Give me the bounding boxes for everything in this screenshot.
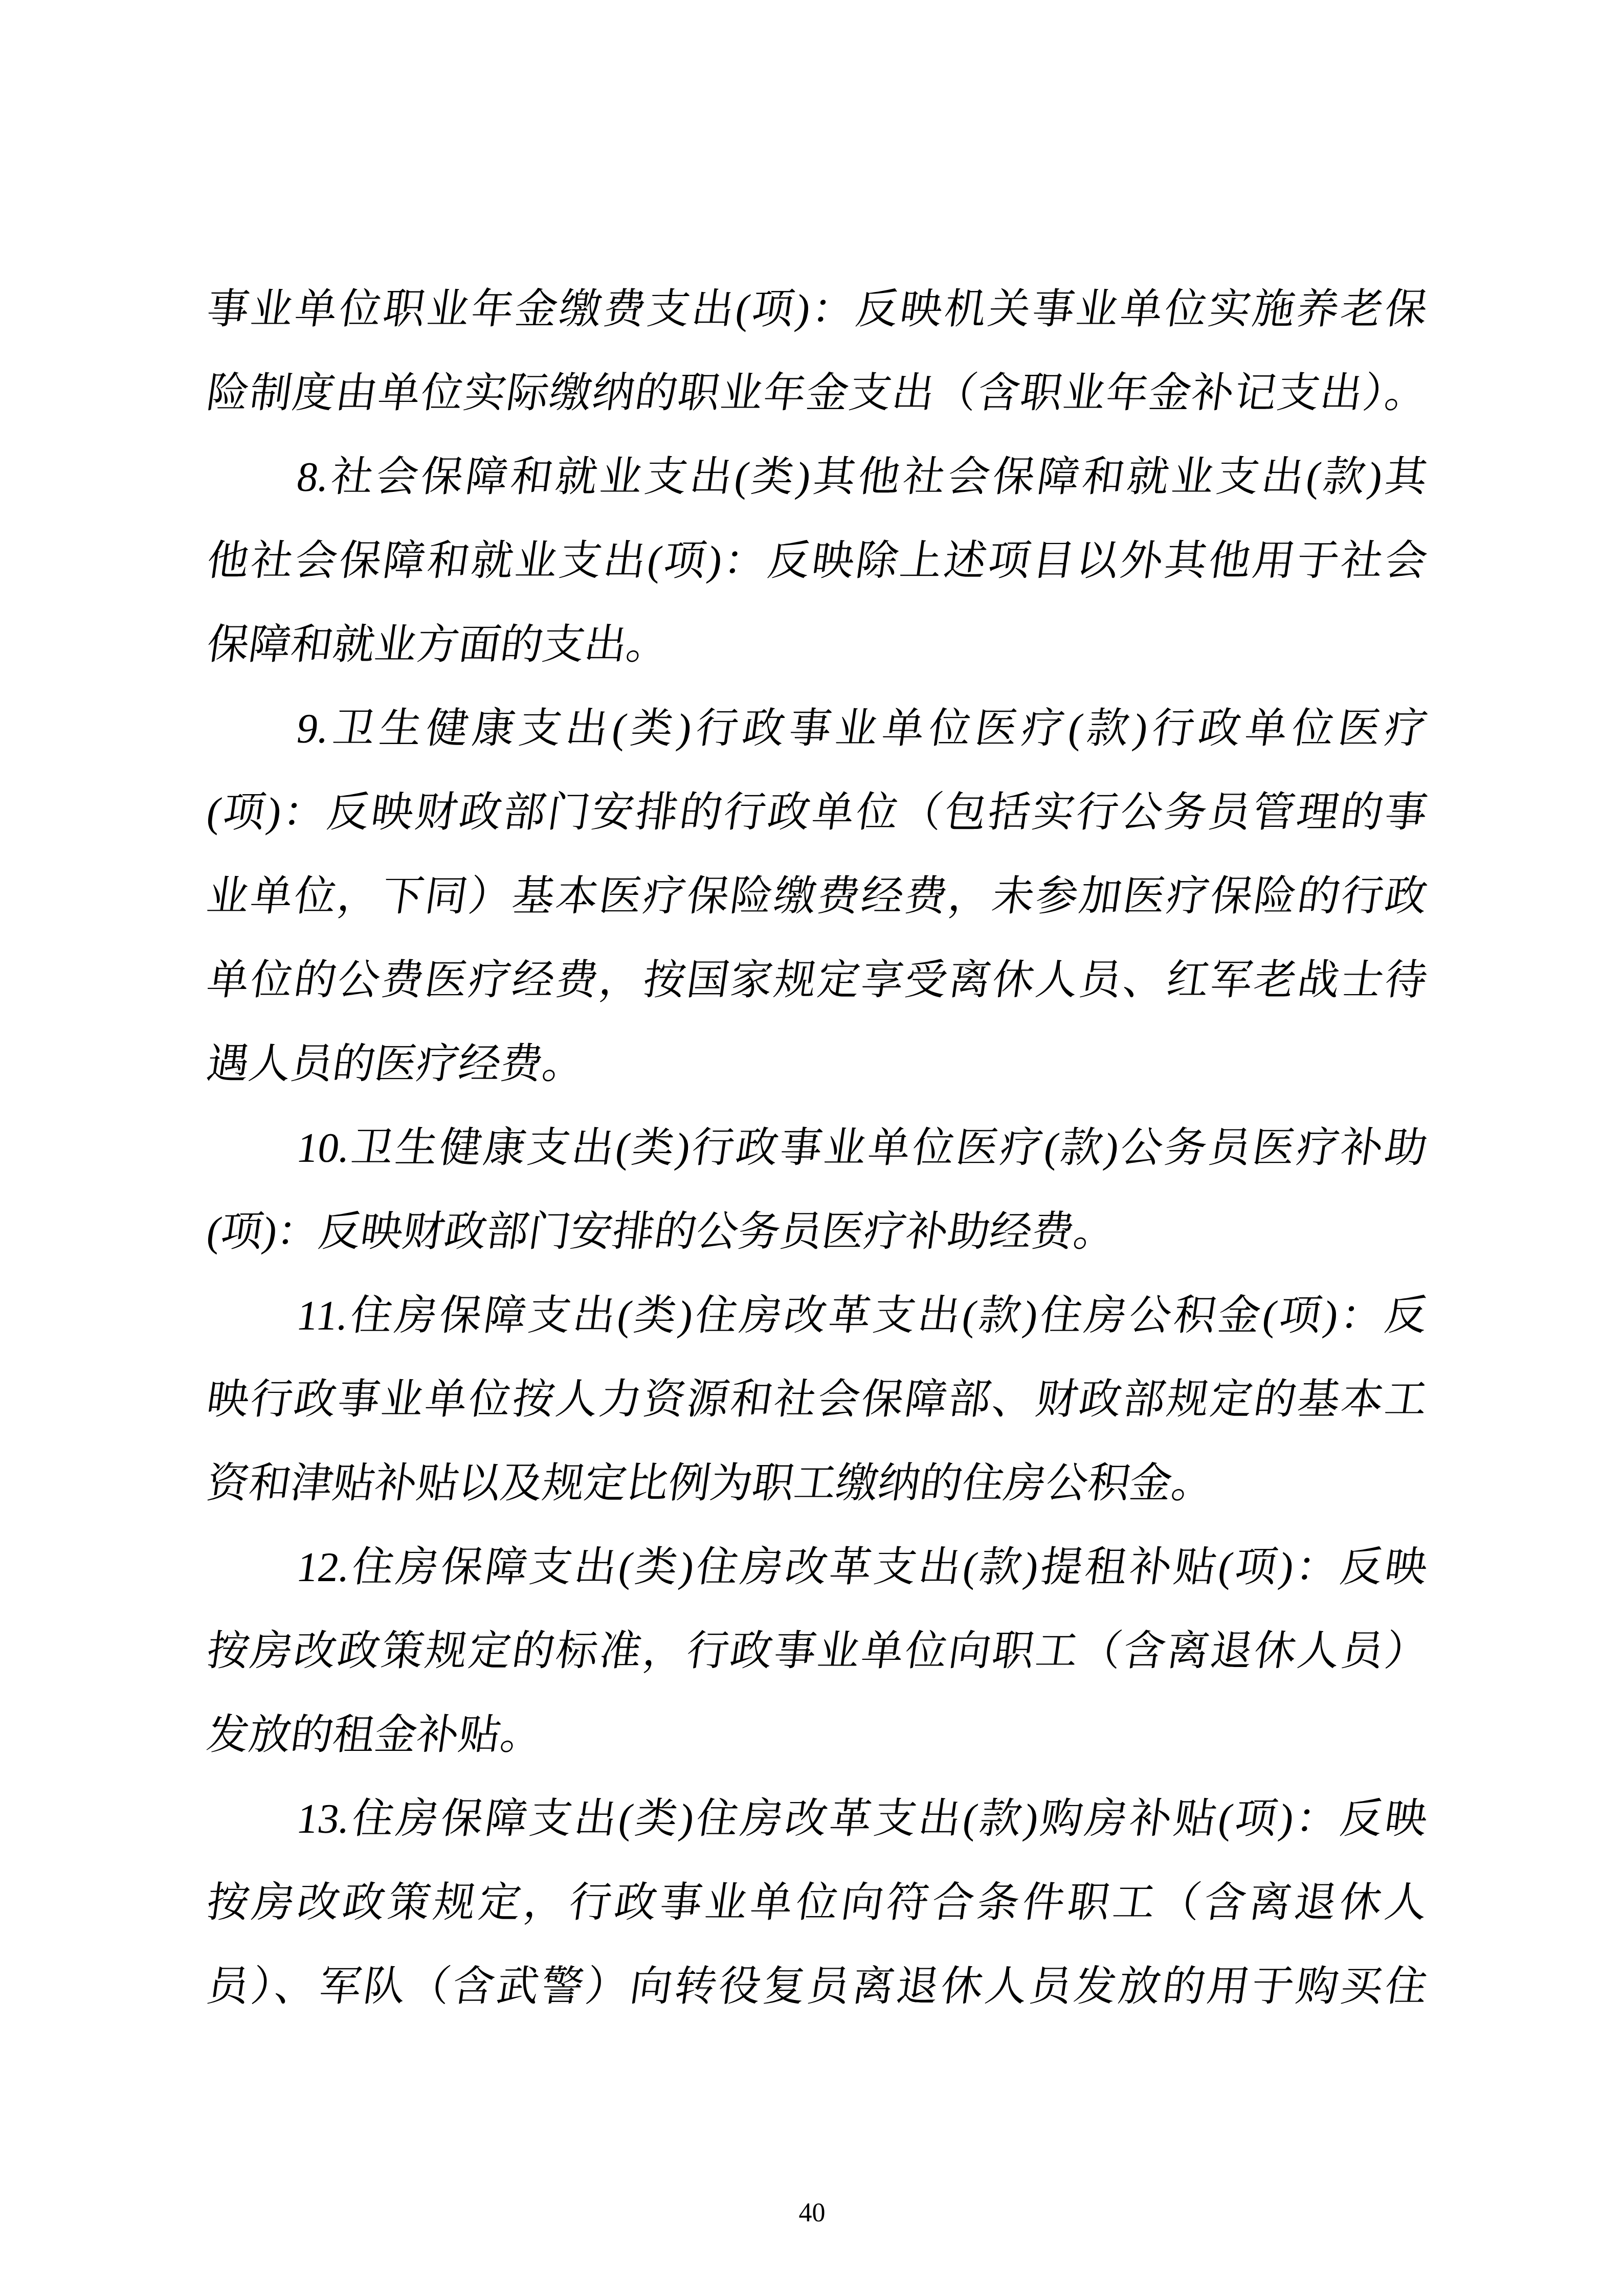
text-line: (项)：反映财政部门安排的行政单位（包括实行公务员管理的事 (201, 771, 1433, 854)
text-line: 险制度由单位实际缴纳的职业年金支出（含职业年金补记支出）。 (201, 351, 1433, 435)
text-line: 9.卫生健康支出(类)行政事业单位医疗(款)行政单位医疗 (201, 687, 1433, 771)
text-line: 映行政事业单位按人力资源和社会保障部、财政部规定的基本工 (201, 1358, 1433, 1442)
text-line: 10.卫生健康支出(类)行政事业单位医疗(款)公务员医疗补助 (201, 1106, 1433, 1190)
text-line: 员）、军队（含武警）向转役复员离退休人员发放的用于购买住 (201, 1945, 1433, 2029)
text-line: 按房改政策规定，行政事业单位向符合条件职工（含离退休人 (201, 1861, 1433, 1945)
text-line: 资和津贴补贴以及规定比例为职工缴纳的住房公积金。 (201, 1442, 1433, 1525)
text-line: 12.住房保障支出(类)住房改革支出(款)提租补贴(项)：反映 (201, 1525, 1433, 1609)
text-line: 保障和就业方面的支出。 (201, 603, 1433, 687)
text-line: 他社会保障和就业支出(项)：反映除上述项目以外其他用于社会 (201, 519, 1433, 603)
text-line: 按房改政策规定的标准，行政事业单位向职工（含离退休人员） (201, 1609, 1433, 1693)
text-line: 8.社会保障和就业支出(类)其他社会保障和就业支出(款)其 (201, 435, 1433, 519)
text-line: 事业单位职业年金缴费支出(项)：反映机关事业单位实施养老保 (201, 267, 1433, 351)
text-line: 业单位，下同）基本医疗保险缴费经费，未参加医疗保险的行政 (201, 854, 1433, 938)
text-line: 单位的公费医疗经费，按国家规定享受离休人员、红军老战士待 (201, 938, 1433, 1022)
text-line: 遇人员的医疗经费。 (201, 1022, 1433, 1106)
text-line: 发放的租金补贴。 (201, 1693, 1433, 1777)
text-line: 11.住房保障支出(类)住房改革支出(款)住房公积金(项)：反 (201, 1274, 1433, 1358)
text-line: (项)：反映财政部门安排的公务员医疗补助经费。 (201, 1190, 1433, 1274)
text-block: 事业单位职业年金缴费支出(项)：反映机关事业单位实施养老保 险制度由单位实际缴纳… (207, 267, 1427, 2029)
page-number: 40 (0, 2197, 1624, 2230)
text-line: 13.住房保障支出(类)住房改革支出(款)购房补贴(项)：反映 (201, 1777, 1433, 1861)
document-page: 事业单位职业年金缴费支出(项)：反映机关事业单位实施养老保 险制度由单位实际缴纳… (0, 0, 1624, 2296)
